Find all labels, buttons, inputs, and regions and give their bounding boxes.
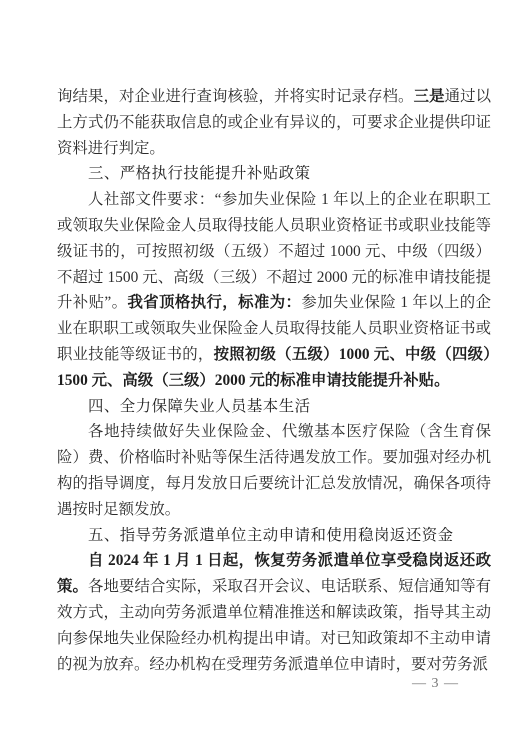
paragraph-labor-dispatch: 自 2024 年 1 月 1 日起，恢复劳务派遣单位享受稳岗返还政策。各地要结合…: [57, 548, 491, 677]
text-run: 各地持续做好失业保险金、代缴基本医疗保险（含生育保险）费、价格临时补贴等保生活待…: [57, 423, 491, 517]
text-run: 询结果，对企业进行查询核验，并将实时记录存档。: [57, 88, 414, 105]
paragraph-continuation: 询结果，对企业进行查询核验，并将实时记录存档。三是通过以上方式仍不能获取信息的或…: [57, 84, 491, 161]
paragraph-skill-subsidy: 人社部文件要求：“参加失业保险 1 年以上的企业在职职工或领取失业保险金人员取得…: [57, 187, 491, 393]
section-heading-5: 五、指导劳务派遣单位主动申请和使用稳岗返还资金: [57, 523, 491, 549]
text-run-bold: 我省顶格执行，标准为：: [127, 294, 301, 311]
text-run: 各地要结合实际，采取召开会议、电话联系、短信通知等有效方式，主动向劳务派遣单位精…: [57, 578, 491, 672]
paragraph-basic-life: 各地持续做好失业保险金、代缴基本医疗保险（含生育保险）费、价格临时补贴等保生活待…: [57, 419, 491, 522]
document-page: 询结果，对企业进行查询核验，并将实时记录存档。三是通过以上方式仍不能获取信息的或…: [0, 0, 521, 750]
section-heading-4: 四、全力保障失业人员基本生活: [57, 394, 491, 420]
document-text-block: 询结果，对企业进行查询核验，并将实时记录存档。三是通过以上方式仍不能获取信息的或…: [57, 84, 491, 677]
section-heading-3: 三、严格执行技能提升补贴政策: [57, 161, 491, 187]
text-run-bold: 三是: [414, 88, 445, 105]
page-number: — 3 —: [412, 676, 459, 692]
